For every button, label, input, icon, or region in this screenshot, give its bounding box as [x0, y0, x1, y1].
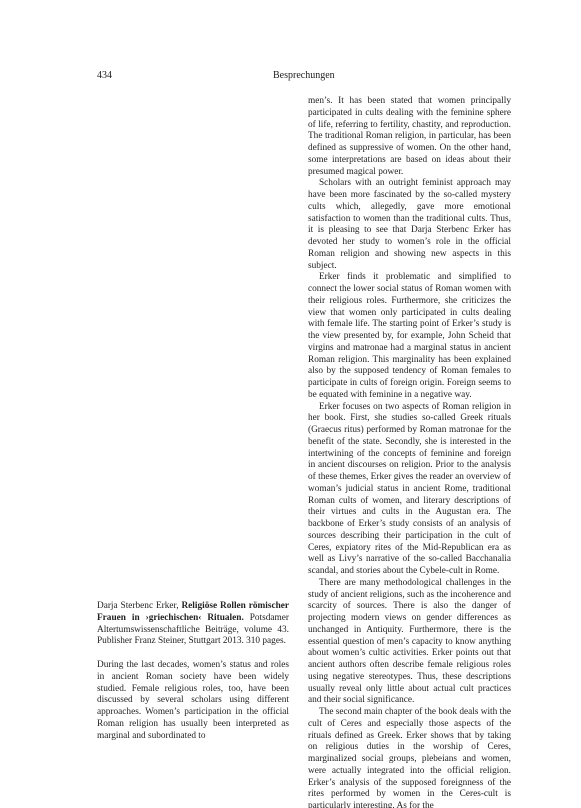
book-citation: Darja Sterbenc Erker, Religiöse Rollen r…: [97, 601, 289, 648]
paragraph: The second main chapter of the book deal…: [308, 707, 511, 808]
paragraph: Erker focuses on two aspects of Roman re…: [308, 402, 511, 578]
paragraph: Erker finds it problematic and simplifie…: [308, 272, 511, 401]
paragraph: During the last decades, women’s status …: [97, 660, 289, 742]
page-number: 434: [97, 70, 112, 81]
right-column: men’s. It has been stated that women pri…: [308, 96, 511, 808]
left-column: Darja Sterbenc Erker, Religiöse Rollen r…: [97, 601, 289, 742]
paragraph: men’s. It has been stated that women pri…: [308, 96, 511, 178]
citation-author: Darja Sterbenc Erker,: [97, 601, 181, 611]
paragraph: There are many methodological challenges…: [308, 578, 511, 707]
paragraph: Scholars with an outright feminist appro…: [308, 178, 511, 272]
running-head: Besprechungen: [273, 70, 335, 81]
